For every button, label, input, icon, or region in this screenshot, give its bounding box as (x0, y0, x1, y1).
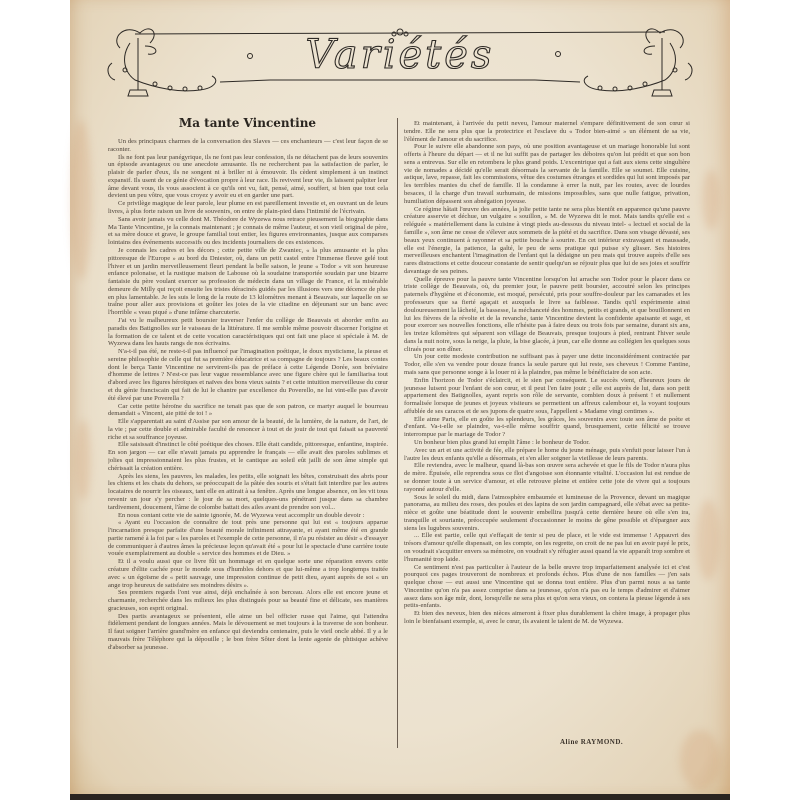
article-paragraph: Elle aime Paris, elle en goûte les splen… (404, 416, 690, 439)
article-paragraph: Après les siens, les pauvres, les malade… (108, 473, 388, 512)
article-paragraph: Enfin l'horizon de Todor s'éclaircit, et… (404, 377, 690, 416)
article-paragraph: Pour le suivre elle abandonne son pays, … (404, 143, 690, 205)
article-paragraph: ... Elle est partie, celle qui s'effaçai… (404, 532, 690, 563)
article-paragraph: Ses premiers regards l'ont vue ainsi, dé… (108, 589, 388, 612)
article-paragraph: Un des principaux charmes de la conversa… (108, 138, 388, 154)
article-paragraph: J'ai vu le malheureux petit boursier tra… (108, 317, 388, 348)
section-title: Variétés (100, 32, 700, 78)
article-paragraph: Sous le soleil du midi, dans l'atmosphèr… (404, 494, 690, 533)
article-paragraph: Et bien des neveux, bien des nièces aime… (404, 610, 690, 626)
article-paragraph: Sans avoir jamais vu celle dont M. Théod… (108, 216, 388, 247)
article-paragraph: Ils ne font pas leur panégyrique, ils ne… (108, 154, 388, 201)
column-divider (397, 118, 398, 748)
page-bottom-edge (70, 794, 730, 800)
article-paragraph: Elle s'apparentait au saint d'Assise par… (108, 418, 388, 441)
article-paragraph: Elle saisissait d'instinct le côté poéti… (108, 441, 388, 472)
article-paragraph: Ce régime hâtait l'œuvre des années, la … (404, 206, 690, 276)
paper-stain (75, 420, 91, 500)
article-right-column: Et maintenant, à l'arrivée du petit neve… (404, 120, 690, 745)
section-header-ornament: Variétés (100, 18, 700, 98)
article-left-column: Un des principaux charmes de la conversa… (108, 138, 388, 750)
author-signature: Aline RAYMOND. (560, 738, 623, 746)
paper-stain (70, 120, 92, 280)
article-paragraph: Ce privilège magique de leur parole, leu… (108, 200, 388, 216)
paper-stain (702, 170, 720, 230)
article-paragraph: Quelle épreuve pour la pauvre tante Vinc… (404, 276, 690, 354)
article-paragraph: Un jour cette modeste contribution ne su… (404, 353, 690, 376)
article-paragraph: Et il a voulu aussi que ce livre fût un … (108, 558, 388, 589)
article-paragraph: N'a-t-il pas été, ne reste-t-il pas infl… (108, 348, 388, 402)
article-paragraph: Un bonheur bien plus grand lui emplit l'… (404, 439, 690, 447)
article-paragraph: « Ayant eu l'occasion de connaître de to… (108, 519, 388, 558)
article-paragraph: Je connais les cadres et les décors ; ce… (108, 247, 388, 317)
article-paragraph: Avec un art et une activité de fée, elle… (404, 447, 690, 463)
article-paragraph: Elle reviendra, avec le malheur, quand l… (404, 462, 690, 493)
article-paragraph: Des partis avantageux se présentent, ell… (108, 613, 388, 652)
article-paragraph: Car cette petite héroïne du sacrifice ne… (108, 403, 388, 419)
article-paragraph: Et maintenant, à l'arrivée du petit neve… (404, 120, 690, 143)
paper-stain (696, 500, 720, 580)
article-paragraph: En nous contant cette vie de sainte igno… (108, 512, 388, 520)
article-title: Ma tante Vincentine (105, 116, 390, 130)
article-paragraph: Ce sentiment n'est pas particulier à l'a… (404, 564, 690, 611)
